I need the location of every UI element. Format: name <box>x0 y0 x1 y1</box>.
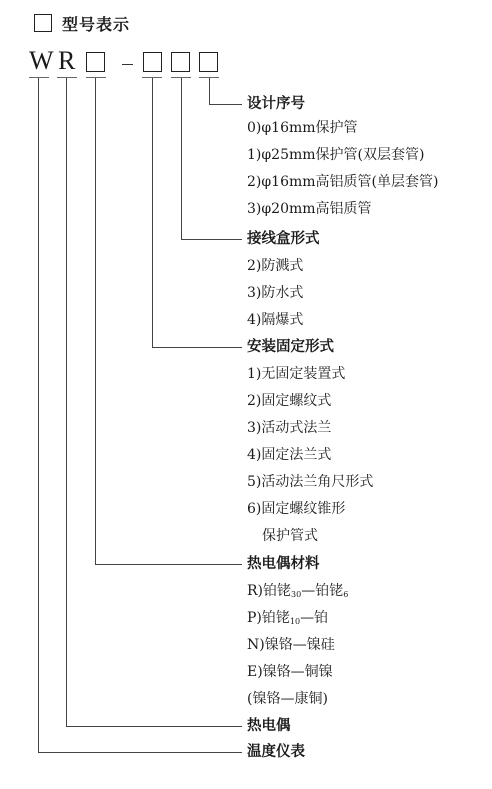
design-item: 1)φ25mm保护管(双层套管) <box>247 146 438 173</box>
connector-h-thermocouple <box>66 726 242 727</box>
connector-v-instrument <box>38 78 39 753</box>
heading-instrument: 温度仪表 <box>247 743 305 761</box>
connector-v-design <box>209 78 210 105</box>
code-letter-r: R <box>58 46 75 76</box>
mounting-item: 1)无固定装置式 <box>247 365 373 392</box>
heading-thermocouple-material: 热电偶材料 <box>247 555 348 573</box>
junction-item: 4)隔爆式 <box>247 311 320 338</box>
connector-h-mounting <box>152 347 242 348</box>
connector-v-mounting <box>152 78 153 348</box>
section-mounting: 安装固定形式 1)无固定装置式 2)固定螺纹式 3)活动式法兰 4)固定法兰式 … <box>247 338 373 554</box>
code-placeholder-box-1 <box>86 52 105 72</box>
heading-junction-box: 接线盒形式 <box>247 230 320 248</box>
design-item: 0)φ16mm保护管 <box>247 119 438 146</box>
mounting-item: 4)固定法兰式 <box>247 446 373 473</box>
heading-thermocouple: 热电偶 <box>247 717 291 735</box>
mounting-item: 2)固定螺纹式 <box>247 392 373 419</box>
connector-h-junction <box>181 239 242 240</box>
connector-h-design <box>209 104 242 105</box>
junction-item: 3)防水式 <box>247 284 320 311</box>
code-placeholder-box-3 <box>171 52 190 72</box>
heading-design-serial: 设计序号 <box>247 95 438 113</box>
material-item-n: N)镍铬—镍硅 <box>247 636 348 663</box>
code-placeholder-box-4 <box>199 52 218 72</box>
material-item-p: P)铂铑10—铂 <box>247 609 348 636</box>
connector-h-material <box>95 564 242 565</box>
mounting-item: 5)活动法兰角尺形式 <box>247 473 373 500</box>
material-item-e-alt: (镍铬—康铜) <box>247 690 348 717</box>
junction-item: 2)防溅式 <box>247 257 320 284</box>
section-design-serial: 设计序号 0)φ16mm保护管 1)φ25mm保护管(双层套管) 2)φ16mm… <box>247 95 438 227</box>
heading-mounting: 安装固定形式 <box>247 338 373 356</box>
connector-v-thermocouple <box>66 78 67 727</box>
material-item-e: E)镍铬—铜镍 <box>247 663 348 690</box>
section-junction-box: 接线盒形式 2)防溅式 3)防水式 4)隔爆式 <box>247 230 320 338</box>
code-dash <box>122 64 133 65</box>
connector-v-material <box>95 78 96 565</box>
code-letter-w: W <box>29 46 54 76</box>
connector-v-junction <box>181 78 182 240</box>
section-thermocouple-material: 热电偶材料 R)铂铑30—铂铑6 P)铂铑10—铂 N)镍铬—镍硅 E)镍铬—铜… <box>247 555 348 717</box>
mounting-item: 3)活动式法兰 <box>247 419 373 446</box>
square-box-icon <box>34 14 52 32</box>
title-row: 型号表示 <box>34 12 130 34</box>
mounting-item: 6)固定螺纹锥形 <box>247 500 373 527</box>
code-placeholder-box-2 <box>143 52 162 72</box>
design-item: 3)φ20mm高铝质管 <box>247 200 438 227</box>
mounting-item-continuation: 保护管式 <box>247 527 373 554</box>
material-item-r: R)铂铑30—铂铑6 <box>247 582 348 609</box>
section-title: 型号表示 <box>62 12 130 35</box>
connector-h-instrument <box>38 752 242 753</box>
design-item: 2)φ16mm高铝质管(单层套管) <box>247 173 438 200</box>
